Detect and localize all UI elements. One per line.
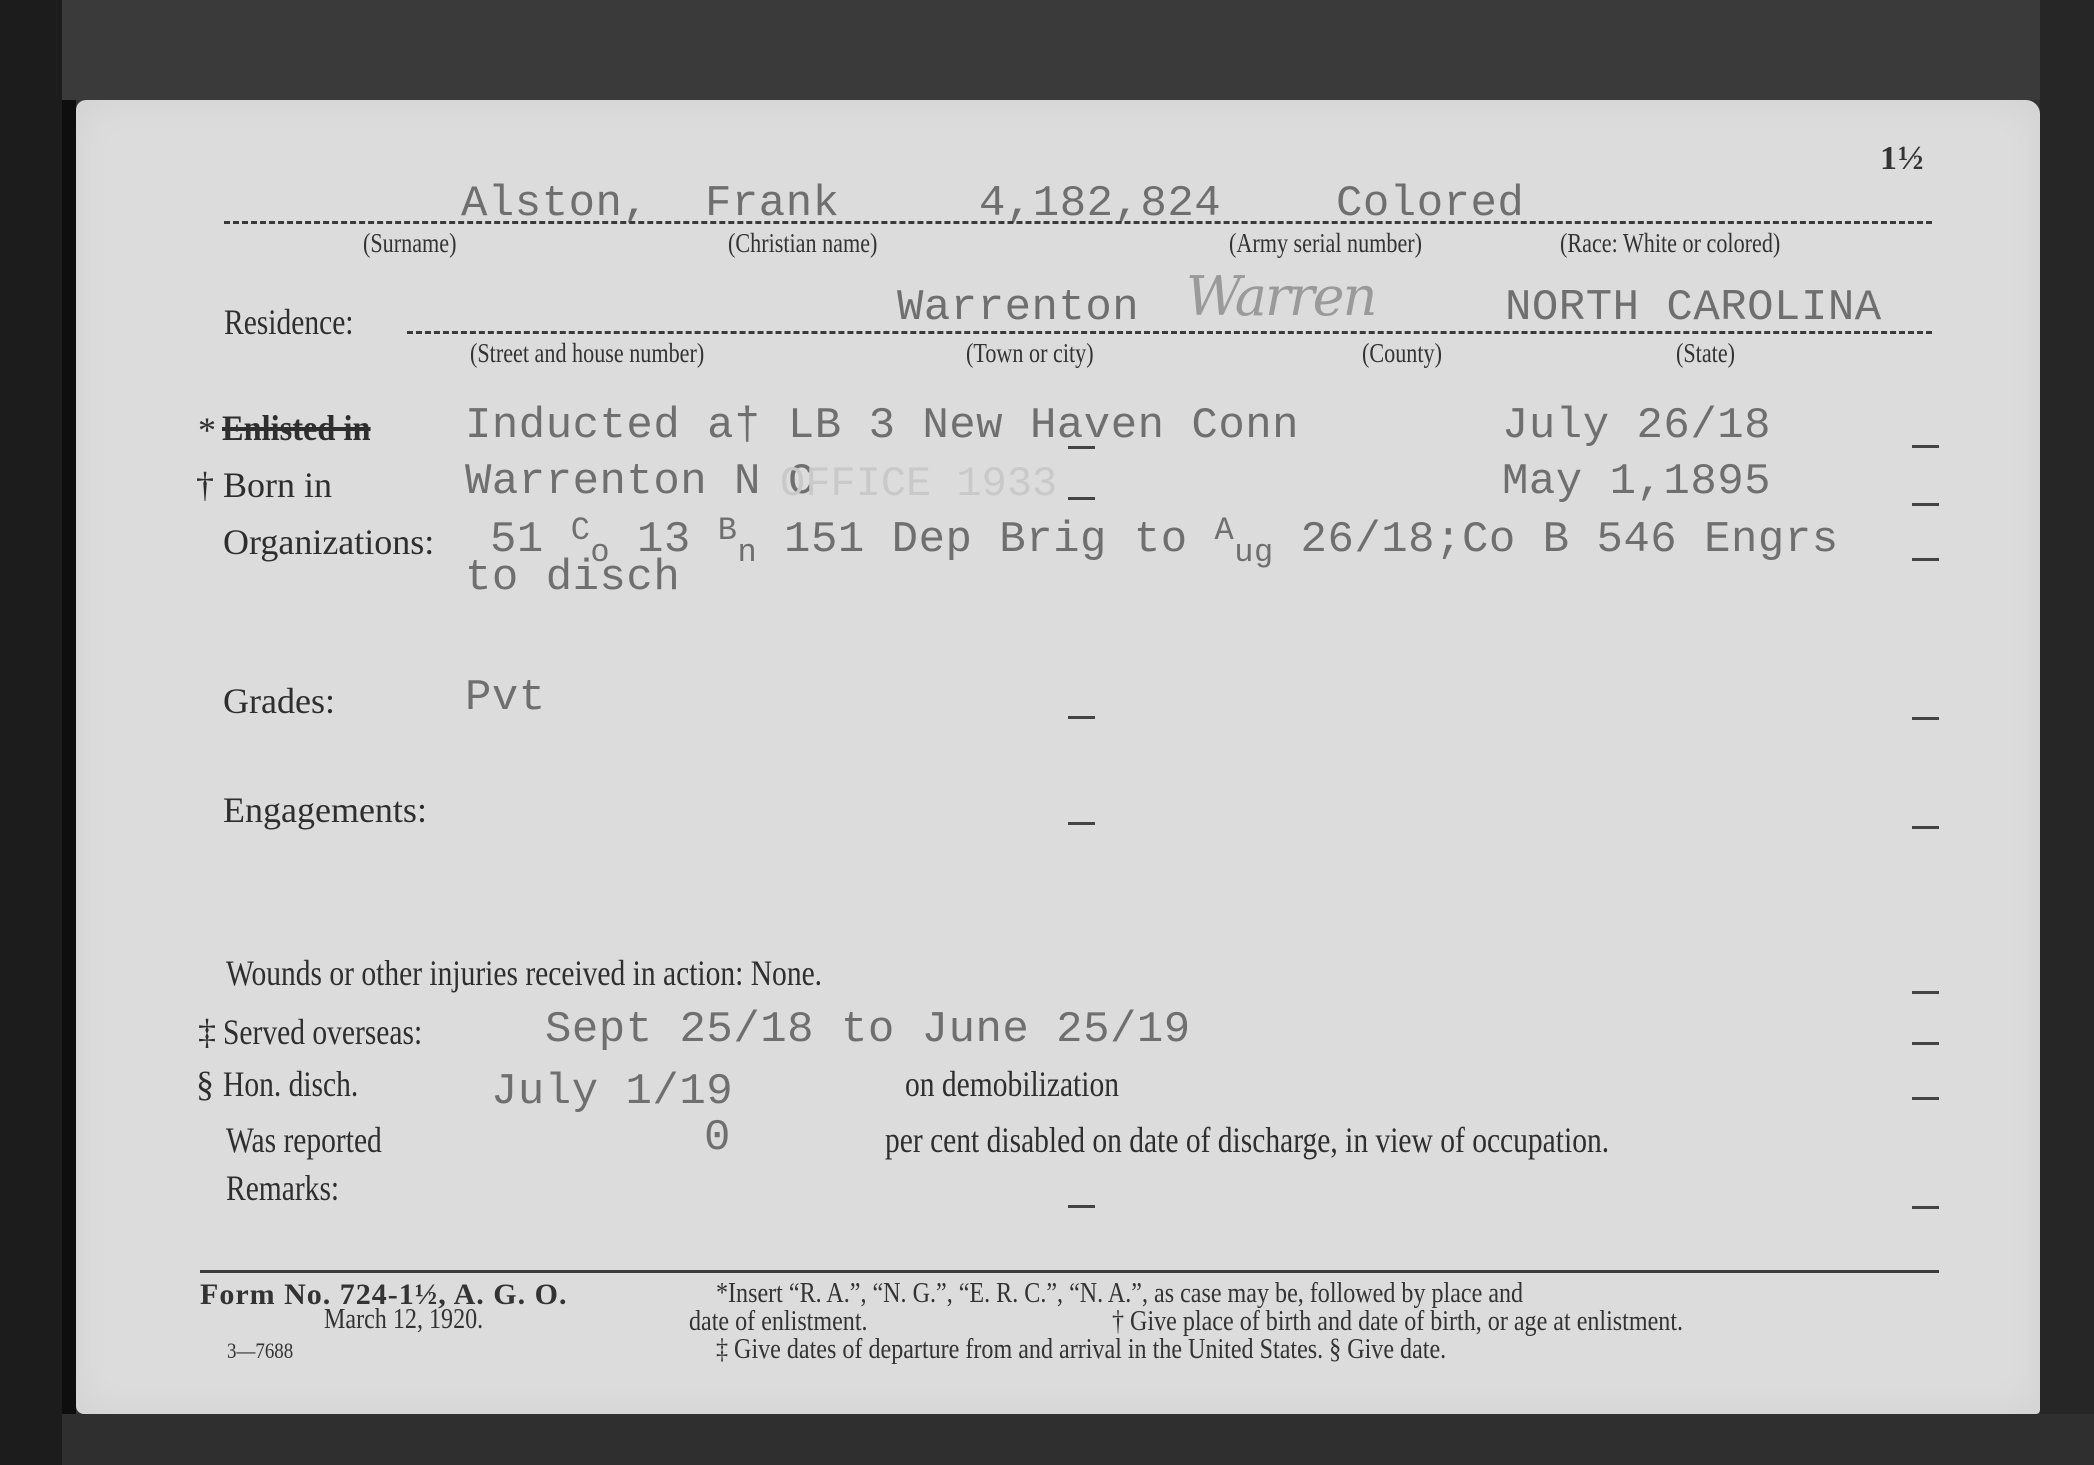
born-marker: † [196,467,214,503]
served-overseas-value: Sept 25/18 to June 25/19 [545,1008,1191,1052]
surname-caption: (Surname) [363,230,456,257]
footnote-3: ‡ Give dates of departure from and arriv… [716,1336,1446,1364]
street-caption: (Street and house number) [470,340,704,367]
remarks-mid-dash [1068,1205,1095,1208]
footnote-1: *Insert “R. A.”, “N. G.”, “E. R. C.”, “N… [716,1280,1523,1308]
remarks-end-dash [1912,1206,1939,1209]
residence-dashed-line [407,331,1932,334]
engagements-label: Engagements: [223,792,427,828]
ghost-stamp: OFFICE 1933 [780,460,1057,508]
scan-background-right [2040,0,2094,1465]
hon-disch-label: Hon. disch. [223,1066,358,1102]
state-caption: (State) [1676,340,1735,367]
christian-name-value: Frank [705,182,840,226]
grades-label: Grades: [223,683,335,719]
enlisted-date: July 26/18 [1502,404,1771,448]
remarks-label: Remarks: [226,1170,339,1206]
serial-number-caption: (Army serial number) [1229,230,1422,257]
form-date: March 12, 1920. [324,1306,483,1334]
grades-value: Pvt [465,676,546,720]
footnote-2b: † Give place of birth and date of birth,… [1112,1308,1683,1336]
served-overseas-label: Served overseas: [223,1014,422,1050]
was-reported-value: 0 [704,1116,731,1160]
was-reported-label: Was reported [226,1122,382,1158]
header-dashed-line [224,221,1932,224]
scan-background-left [0,0,62,1465]
corner-mark: 1½ [1880,140,1925,178]
organizations-label: Organizations: [223,524,434,560]
county-caption: (County) [1362,340,1442,367]
enlisted-marker: * [198,412,216,448]
scan-background-edge [62,0,76,1465]
enlisted-label: Enlisted in [222,410,371,446]
born-label: Born in [223,467,332,503]
wounds-value: None. [751,953,822,993]
race-value: Colored [1336,182,1524,226]
hon-disch-note: on demobilization [905,1066,1119,1102]
engagements-mid-dash [1068,822,1095,825]
residence-county-handwritten: Warren [1186,270,1375,324]
print-code: 3—7688 [227,1340,293,1362]
born-end-dash [1912,503,1939,506]
residence-town-value: Warrenton [897,286,1139,330]
organizations-value-line2: to disch [465,556,680,600]
born-date: May 1,1895 [1502,460,1771,504]
residence-state-value: NORTH CAROLINA [1505,286,1882,330]
hon-disch-marker: § [196,1066,214,1102]
surname-value: Alston, [461,182,649,226]
was-reported-note: per cent disabled on date of discharge, … [885,1122,1609,1158]
hon-disch-value: July 1/19 [491,1070,733,1114]
scan-background-bottom [62,1414,2094,1465]
enlisted-value: Inducted a† LB 3 New Haven Conn [465,404,1299,448]
served-marker: ‡ [198,1014,216,1050]
town-caption: (Town or city) [966,340,1094,367]
organizations-end-dash [1912,558,1939,561]
scan-background-top [62,0,2094,100]
grades-mid-dash [1068,716,1095,719]
serial-number-value: 4,182,824 [979,182,1221,226]
born-mid-dash [1068,497,1095,500]
footer-rule [200,1270,1939,1273]
engagements-end-dash [1912,826,1939,829]
grades-end-dash [1912,717,1939,720]
residence-label: Residence: [224,304,354,340]
footnote-2a: date of enlistment. [689,1308,868,1336]
organizations-value: 51 Co 13 Bn 151 Dep Brig to Aug 26/18;Co… [490,515,1839,569]
wounds-label: Wounds or other injuries received in act… [226,955,822,991]
enlisted-end-dash [1912,445,1939,448]
enlisted-mid-dash [1068,446,1095,449]
hon-disch-end-dash [1912,1097,1939,1100]
served-end-dash [1912,1042,1939,1045]
christian-name-caption: (Christian name) [728,230,877,257]
wounds-end-dash [1912,991,1939,994]
race-caption: (Race: White or colored) [1560,230,1780,257]
born-value: Warrenton N C [465,460,815,504]
